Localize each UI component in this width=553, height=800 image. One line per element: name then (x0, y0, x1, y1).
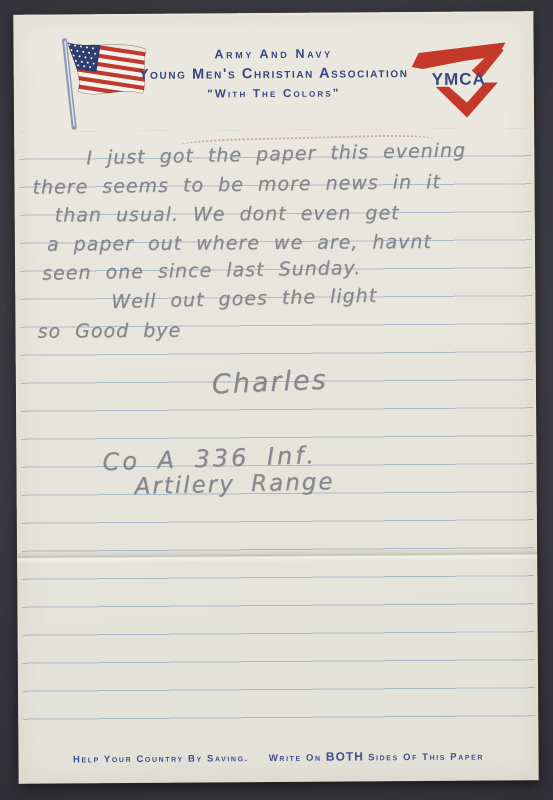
letter-paper: Army And Navy Young Men's Christian Asso… (13, 11, 538, 784)
letterhead-line-ymca-association: Young Men's Christian Association (119, 65, 429, 83)
handwritten-line: I just got the paper this evening (86, 141, 466, 168)
footer-write-instruction-pre: Write On (269, 753, 322, 764)
handwritten-line: there seems to be more news in it (32, 173, 441, 198)
footer-write-instruction-post: Sides Of This Paper (368, 752, 484, 764)
signature: Charles (211, 367, 328, 399)
letterhead-line-army-navy: Army And Navy (119, 46, 429, 62)
letterhead: Army And Navy Young Men's Christian Asso… (13, 11, 534, 137)
handwritten-line: than usual. We dont even get (55, 204, 400, 225)
handwritten-line: seen one since last Sunday. (42, 259, 361, 284)
handwritten-line: Well out goes the light (111, 287, 377, 312)
handwritten-line: so Good bye (37, 322, 181, 342)
letterhead-text: Army And Navy Young Men's Christian Asso… (119, 46, 429, 101)
letterhead-line-with-the-colors: "With The Colors" (119, 87, 429, 101)
handwritten-line: a paper out where we are, havnt (47, 233, 432, 255)
unit-address-line: Artilery Range (134, 471, 334, 499)
fold-crease (17, 547, 537, 564)
ymca-triangle-logo: YMCA (407, 37, 510, 118)
footer-saving-slogan: Help Your Country By Saving. (73, 753, 249, 765)
printed-footer: Help Your Country By Saving.Write On BOT… (18, 748, 538, 766)
footer-write-instruction-emphasis: BOTH (326, 749, 364, 763)
ymca-logo-text: YMCA (408, 69, 510, 90)
